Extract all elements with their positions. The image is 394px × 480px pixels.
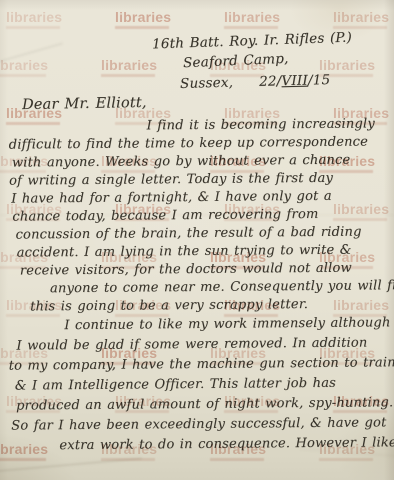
letter-line: extra work to do in consequence. However…: [59, 433, 394, 456]
letter-line: I find it is becoming increasingly: [147, 115, 393, 135]
handwriting-layer: 16th Batt. Roy. Ir. Rifles (P.) Seaford …: [0, 0, 394, 480]
letter-line: with anyone. Weeks go by without ever a …: [12, 151, 393, 172]
date-day: 22/: [259, 73, 282, 90]
salutation: Dear Mr. Elliott,: [22, 95, 147, 113]
letter-line: anyone to come near me. Consequently you…: [50, 277, 394, 298]
paragraph: I find it is becoming increasingly diffi…: [0, 115, 394, 316]
header-county-date-line: Sussex,22/VIII/15: [180, 72, 331, 92]
letter-line: to my company, I have the machine gun se…: [9, 353, 394, 376]
letter-body: I find it is becoming increasingly diffi…: [0, 115, 394, 456]
header-unit-line: 16th Batt. Roy. Ir. Rifles (P.): [152, 30, 352, 53]
header-date: 22/VIII/15: [259, 72, 331, 90]
header-camp-line: Seaford Camp,: [183, 51, 289, 72]
header-county: Sussex,: [180, 75, 233, 92]
paragraph: I continue to like my work immensely alt…: [0, 313, 394, 456]
letter-scan: 16th Batt. Roy. Ir. Rifles (P.) Seaford …: [0, 0, 394, 480]
date-year: /15: [308, 72, 331, 89]
date-month: VIII: [281, 73, 308, 90]
